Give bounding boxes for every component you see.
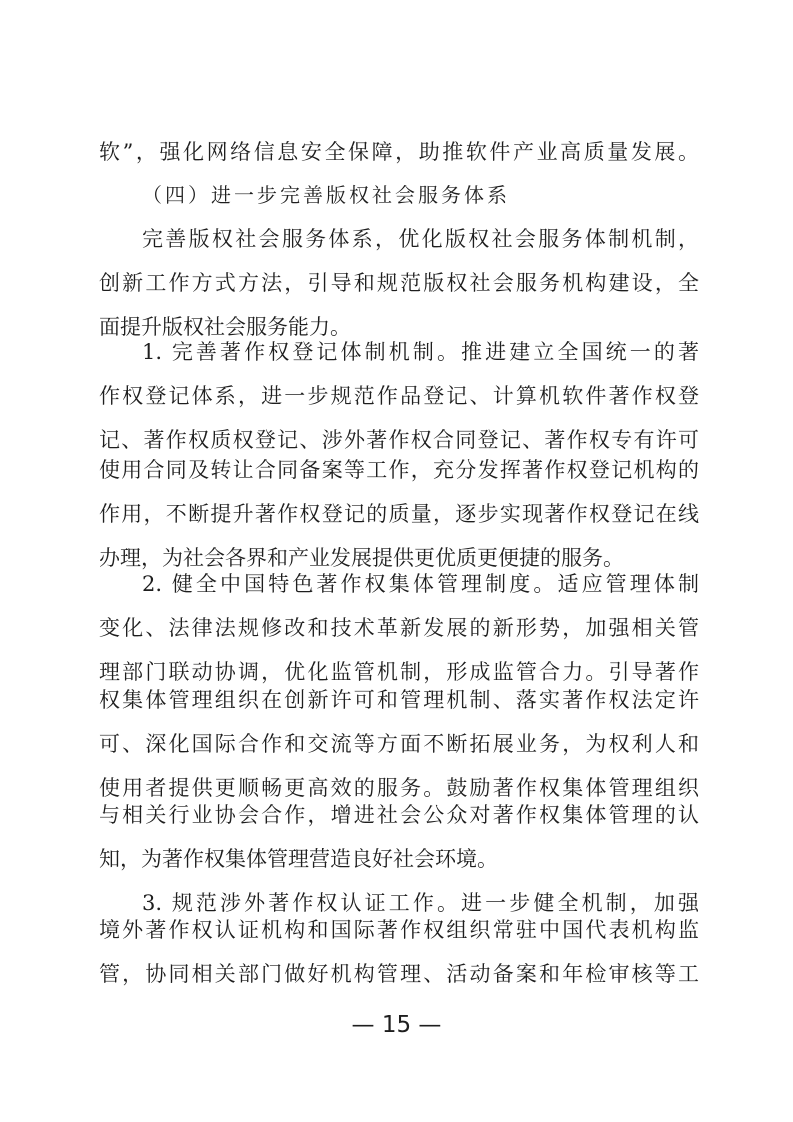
paragraph-line: 软”，强化网络信息安全保障，助推软件产业高质量发展。 <box>99 137 699 167</box>
paragraph-line: 与相关行业协会合作，增进社会公众对著作权集体管理的认 <box>99 800 699 830</box>
paragraph-line: 创新工作方式方法，引导和规范版权社会服务机构建设，全 <box>99 268 699 298</box>
paragraph-line: 1. 完善著作权登记体制机制。推进建立全国统一的著 <box>142 337 699 367</box>
paragraph-line: 知，为著作权集体管理营造良好社会环境。 <box>99 844 699 874</box>
section-heading: （四）进一步完善版权社会服务体系 <box>142 180 742 210</box>
paragraph-line: 使用者提供更顺畅更高效的服务。鼓励著作权集体管理组织 <box>99 773 699 803</box>
paragraph-line: 记、著作权质权登记、涉外著作权合同登记、著作权专有许可 <box>99 425 699 455</box>
paragraph-line: 作权登记体系，进一步规范作品登记、计算机软件著作权登 <box>99 381 699 411</box>
paragraph-line: 完善版权社会服务体系，优化版权社会服务体制机制， <box>142 224 699 254</box>
paragraph-line: 权集体管理组织在创新许可和管理机制、落实著作权法定许 <box>99 685 699 715</box>
paragraph-line: 管，协同相关部门做好机构管理、活动备案和年检审核等工 <box>99 959 699 989</box>
paragraph-line: 使用合同及转让合同备案等工作，充分发挥著作权登记机构的 <box>99 455 699 485</box>
paragraph-line: 境外著作权认证机构和国际著作权组织常驻中国代表机构监 <box>99 915 699 945</box>
paragraph-line: 变化、法律法规修改和技术革新发展的新形势，加强相关管 <box>99 613 699 643</box>
paragraph-line: 2. 健全中国特色著作权集体管理制度。适应管理体制 <box>142 569 699 599</box>
paragraph-line: 作用，不断提升著作权登记的质量，逐步实现著作权登记在线 <box>99 499 699 529</box>
paragraph-line: 3. 规范涉外著作权认证工作。进一步健全机制，加强 <box>142 888 699 918</box>
paragraph-line: 理部门联动协调，优化监管机制，形成监管合力。引导著作 <box>99 657 699 687</box>
page-number: — 15 — <box>0 1012 793 1038</box>
paragraph-line: 可、深化国际合作和交流等方面不断拓展业务，为权利人和 <box>99 729 699 759</box>
document-page: 软”，强化网络信息安全保障，助推软件产业高质量发展。 （四）进一步完善版权社会服… <box>0 0 793 1122</box>
